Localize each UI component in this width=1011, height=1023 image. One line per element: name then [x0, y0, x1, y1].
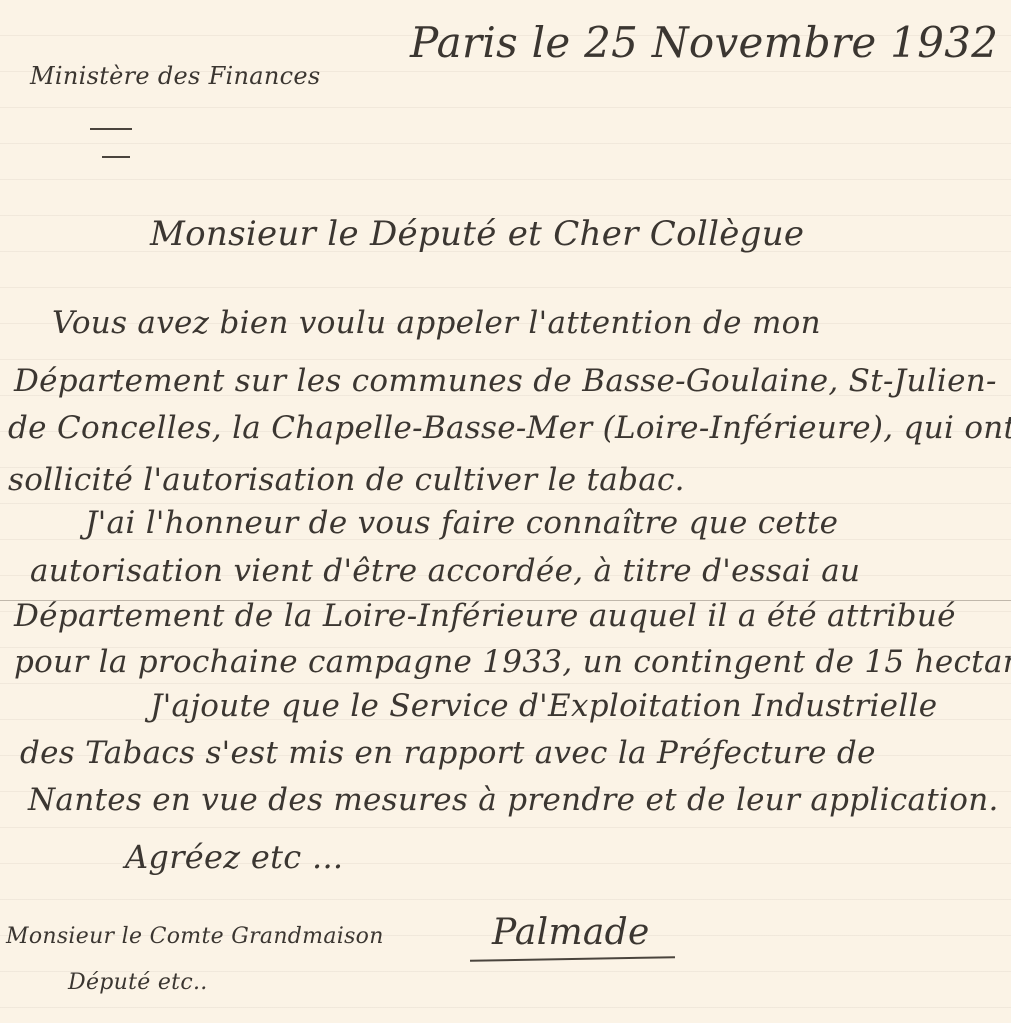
separator-dash [102, 156, 130, 158]
body-line: Nantes en vue des mesures à prendre et d… [28, 782, 999, 818]
separator-dash [90, 128, 132, 130]
body-line: de Concelles, la Chapelle-Basse-Mer (Loi… [8, 410, 1011, 446]
body-line: J'ai l'honneur de vous faire connaître q… [85, 505, 838, 541]
closing-formula: Agréez etc ... [125, 838, 343, 876]
letter-paper: Ministère des Finances Paris le 25 Novem… [0, 0, 1011, 1023]
signature-underline [470, 956, 675, 962]
body-line: des Tabacs s'est mis en rapport avec la … [20, 735, 876, 771]
body-line: Département sur les communes de Basse-Go… [14, 363, 997, 399]
body-line: pour la prochaine campagne 1933, un cont… [14, 644, 1011, 680]
sender-header: Ministère des Finances [30, 62, 320, 90]
body-line: J'ajoute que le Service d'Exploitation I… [150, 688, 937, 724]
body-line: sollicité l'autorisation de cultiver le … [8, 462, 685, 498]
body-line: Département de la Loire-Inférieure auque… [14, 598, 956, 634]
body-line: autorisation vient d'être accordée, à ti… [30, 553, 860, 589]
date-line: Paris le 25 Novembre 1932 [410, 18, 998, 67]
signature: Palmade [492, 912, 650, 953]
body-line: Vous avez bien voulu appeler l'attention… [52, 305, 821, 341]
salutation: Monsieur le Député et Cher Collègue [150, 214, 804, 254]
recipient-title: Député etc.. [68, 970, 208, 995]
recipient-name: Monsieur le Comte Grandmaison [6, 924, 384, 949]
header-separator [90, 128, 132, 184]
